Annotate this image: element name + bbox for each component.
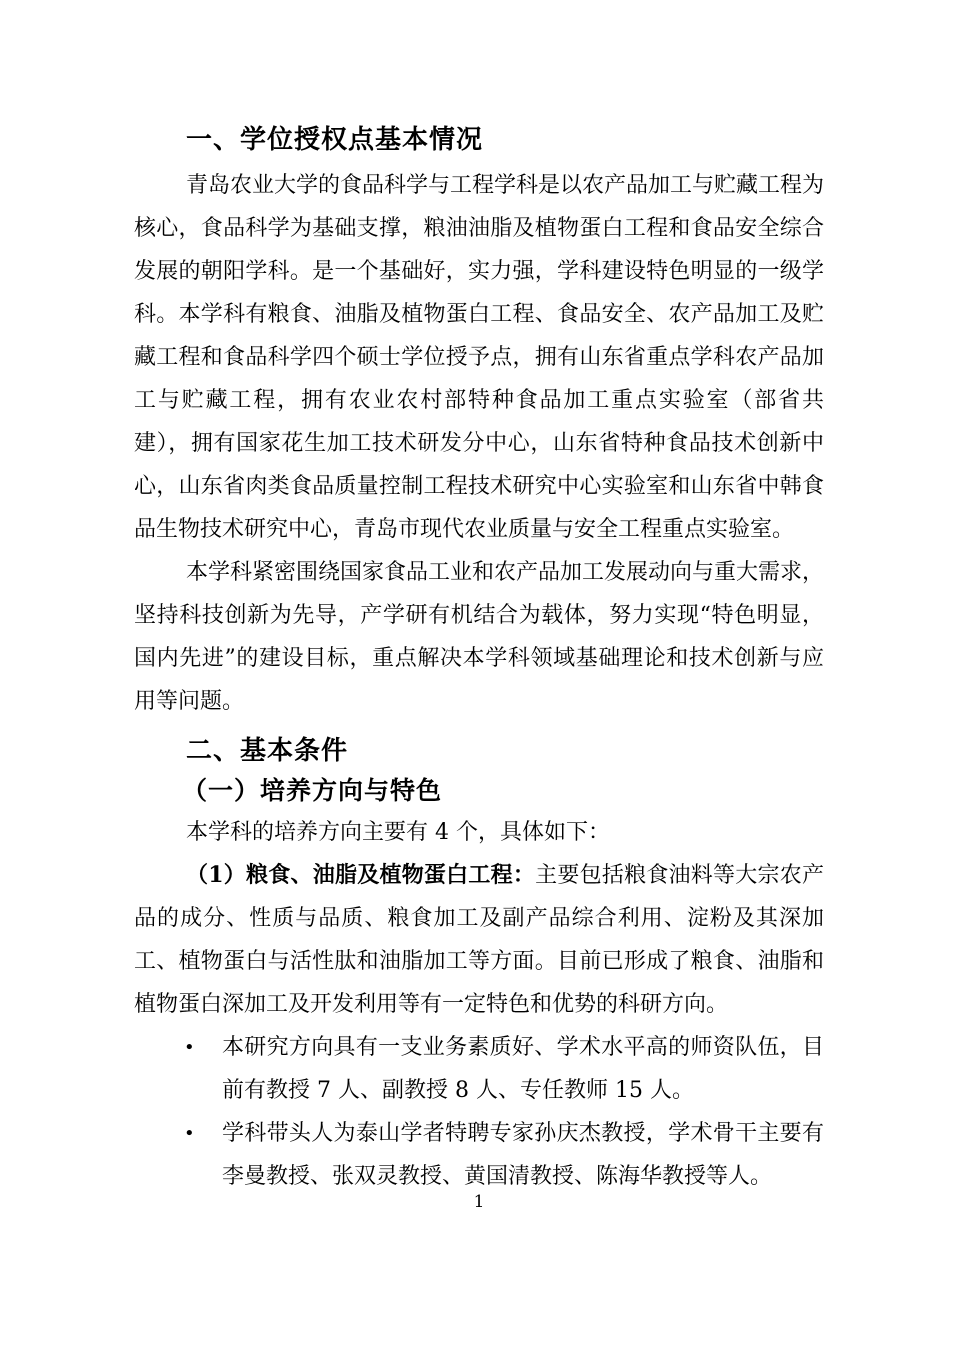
- bullet-icon: •: [184, 1026, 195, 1069]
- bullet-list: • 本研究方向具有一支业务素质好、学术水平高的师资队伍，目前有教授 7 人、副教…: [134, 1026, 824, 1198]
- section-heading-basic-conditions: 二、基本条件: [186, 731, 824, 771]
- list-item-text: 本研究方向具有一支业务素质好、学术水平高的师资队伍，目前有教授 7 人、副教授 …: [222, 1035, 824, 1103]
- paragraph-discipline-overview: 青岛农业大学的食品科学与工程学科是以农产品加工与贮藏工程为核心，食品科学为基础支…: [134, 164, 824, 551]
- bullet-icon: •: [184, 1112, 195, 1155]
- list-item-text: 学科带头人为泰山学者特聘专家孙庆杰教授，学术骨干主要有李曼教授、张双灵教授、黄国…: [222, 1121, 824, 1189]
- document-content: 一、学位授权点基本情况 青岛农业大学的食品科学与工程学科是以农产品加工与贮藏工程…: [0, 0, 960, 1214]
- direction-1-title: （1）粮食、油脂及植物蛋白工程：: [186, 862, 535, 888]
- paragraph-training-direction-intro: 本学科的培养方向主要有 4 个，具体如下：: [134, 811, 824, 854]
- list-item-discipline-leader: • 学科带头人为泰山学者特聘专家孙庆杰教授，学术骨干主要有李曼教授、张双灵教授、…: [134, 1112, 824, 1198]
- document-page: 一、学位授权点基本情况 青岛农业大学的食品科学与工程学科是以农产品加工与贮藏工程…: [0, 0, 960, 1357]
- list-item-faculty-team: • 本研究方向具有一支业务素质好、学术水平高的师资队伍，目前有教授 7 人、副教…: [134, 1026, 824, 1112]
- subsection-heading-training-direction: （一）培养方向与特色: [182, 771, 824, 811]
- paragraph-direction-1: （1）粮食、油脂及植物蛋白工程：主要包括粮食油料等大宗农产品的成分、性质与品质、…: [134, 854, 824, 1026]
- paragraph-discipline-goals: 本学科紧密围绕国家食品工业和农产品加工发展动向与重大需求，坚持科技创新为先导，产…: [134, 551, 824, 723]
- section-heading-degree-authorization: 一、学位授权点基本情况: [186, 120, 824, 160]
